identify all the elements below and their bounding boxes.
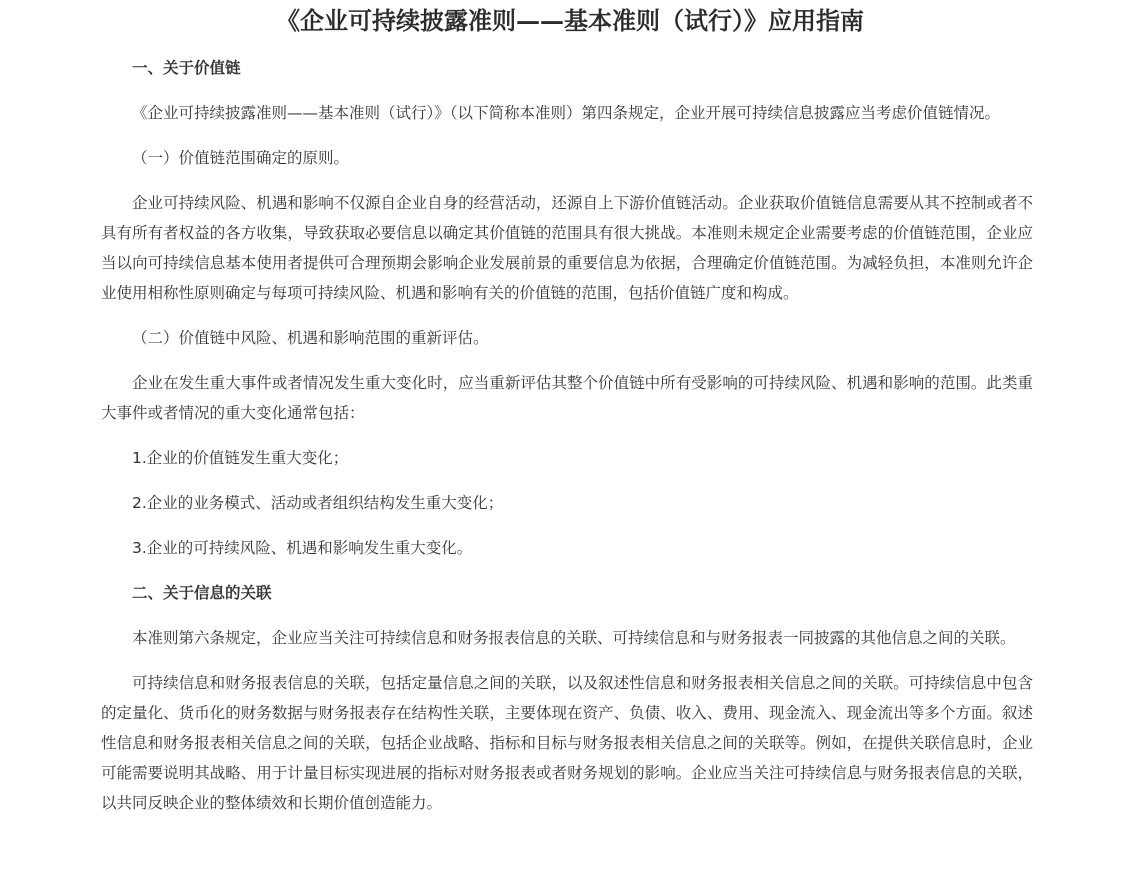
list-item-2: 2.企业的业务模式、活动或者组织结构发生重大变化； xyxy=(101,488,1033,518)
paragraph-financial-connection: 可持续信息和财务报表信息的关联，包括定量信息之间的关联，以及叙述性信息和财务报表… xyxy=(101,668,1033,818)
document-title: 《企业可持续披露准则——基本准则（试行）》应用指南 xyxy=(0,4,1123,38)
document-page: 《企业可持续披露准则——基本准则（试行）》应用指南 一、关于价值链 《企业可持续… xyxy=(0,0,1123,894)
section-heading-information-connection: 二、关于信息的关联 xyxy=(101,578,1033,608)
subheading-scope-principle: （一）价值链范围确定的原则。 xyxy=(101,143,1033,173)
list-item-3: 3.企业的可持续风险、机遇和影响发生重大变化。 xyxy=(101,533,1033,563)
subheading-reassessment: （二）价值链中风险、机遇和影响范围的重新评估。 xyxy=(101,323,1033,353)
section-heading-value-chain: 一、关于价值链 xyxy=(101,53,1033,83)
paragraph-reassessment: 企业在发生重大事件或者情况发生重大变化时，应当重新评估其整个价值链中所有受影响的… xyxy=(101,368,1033,428)
paragraph-article-6: 本准则第六条规定，企业应当关注可持续信息和财务报表信息的关联、可持续信息和与财务… xyxy=(101,623,1033,653)
paragraph-article-4: 《企业可持续披露准则——基本准则（试行）》（以下简称本准则）第四条规定，企业开展… xyxy=(101,98,1033,128)
paragraph-scope-principle: 企业可持续风险、机遇和影响不仅源自企业自身的经营活动，还源自上下游价值链活动。企… xyxy=(101,188,1033,308)
list-item-1: 1.企业的价值链发生重大变化； xyxy=(101,443,1033,473)
document-body: 一、关于价值链 《企业可持续披露准则——基本准则（试行）》（以下简称本准则）第四… xyxy=(101,53,1033,818)
